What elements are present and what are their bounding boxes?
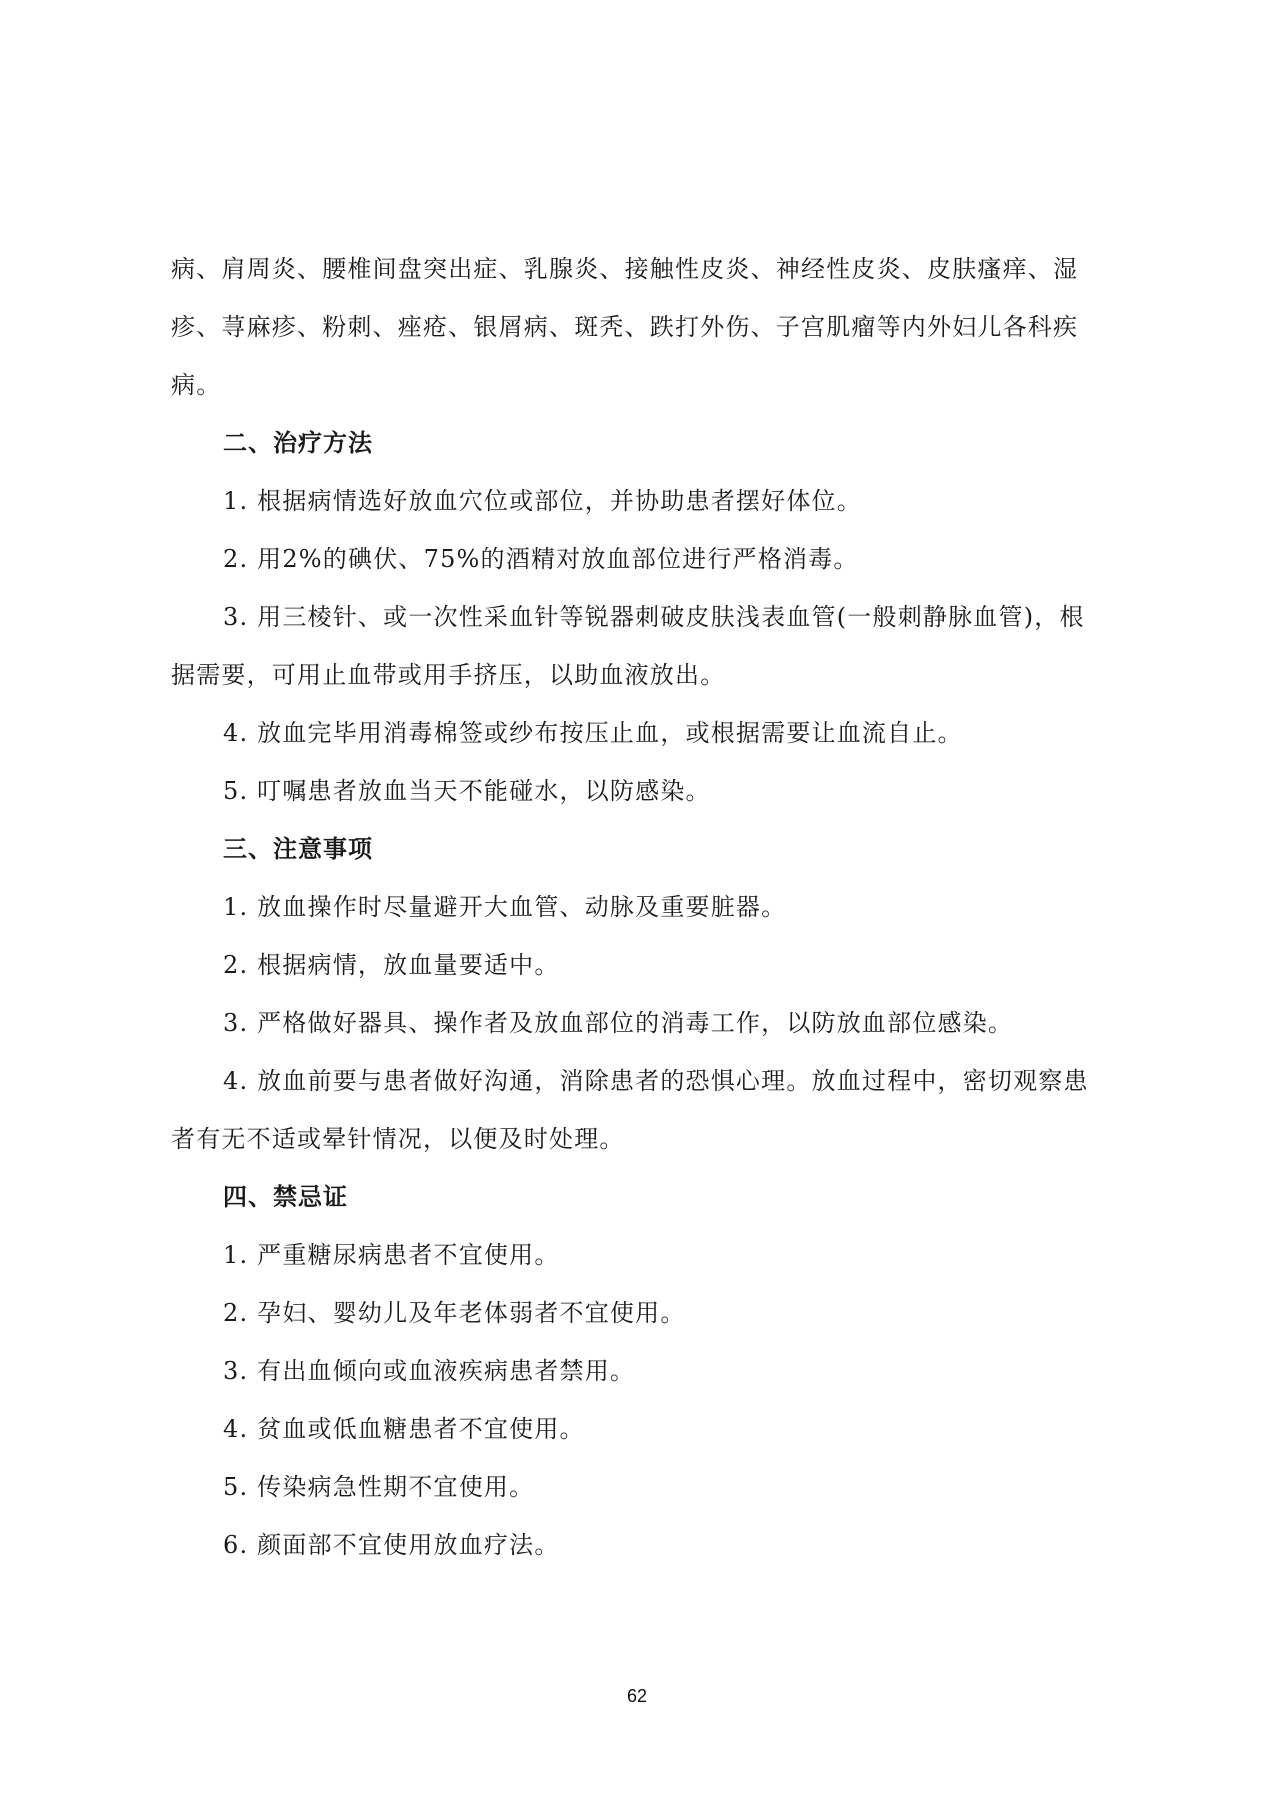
- paragraph-line: 病、肩周炎、腰椎间盘突出症、乳腺炎、接触性皮炎、神经性皮炎、皮肤瘙痒、湿: [171, 240, 1101, 298]
- section-heading: 二、治疗方法: [171, 414, 1101, 472]
- section-treatment-method: 二、治疗方法 1. 根据病情选好放血穴位或部位，并协助患者摆好体位。 2. 用2…: [171, 414, 1101, 820]
- list-item: 5. 叮嘱患者放血当天不能碰水，以防感染。: [171, 762, 1101, 820]
- page-number: 62: [0, 1686, 1274, 1707]
- list-item: 2. 用2%的碘伏、75%的酒精对放血部位进行严格消毒。: [171, 530, 1101, 588]
- document-page: 病、肩周炎、腰椎间盘突出症、乳腺炎、接触性皮炎、神经性皮炎、皮肤瘙痒、湿 疹、荨…: [0, 0, 1274, 1801]
- section-contraindications: 四、禁忌证 1. 严重糖尿病患者不宜使用。 2. 孕妇、婴幼儿及年老体弱者不宜使…: [171, 1168, 1101, 1574]
- list-item: 4. 贫血或低血糖患者不宜使用。: [171, 1400, 1101, 1458]
- intro-paragraph: 病、肩周炎、腰椎间盘突出症、乳腺炎、接触性皮炎、神经性皮炎、皮肤瘙痒、湿 疹、荨…: [171, 240, 1101, 414]
- list-item: 3. 有出血倾向或血液疾病患者禁用。: [171, 1342, 1101, 1400]
- list-item: 2. 根据病情，放血量要适中。: [171, 936, 1101, 994]
- list-item-line: 者有无不适或晕针情况，以便及时处理。: [171, 1110, 1101, 1168]
- list-item: 1. 严重糖尿病患者不宜使用。: [171, 1226, 1101, 1284]
- list-item: 2. 孕妇、婴幼儿及年老体弱者不宜使用。: [171, 1284, 1101, 1342]
- section-heading: 四、禁忌证: [171, 1168, 1101, 1226]
- list-item-multiline: 3. 用三棱针、或一次性采血针等锐器刺破皮肤浅表血管(一般刺静脉血管)，根 据需…: [171, 588, 1101, 704]
- paragraph-line: 疹、荨麻疹、粉刺、痤疮、银屑病、斑秃、跌打外伤、子宫肌瘤等内外妇儿各科疾: [171, 298, 1101, 356]
- list-item: 1. 放血操作时尽量避开大血管、动脉及重要脏器。: [171, 878, 1101, 936]
- list-item: 3. 严格做好器具、操作者及放血部位的消毒工作，以防放血部位感染。: [171, 994, 1101, 1052]
- list-item: 4. 放血完毕用消毒棉签或纱布按压止血，或根据需要让血流自止。: [171, 704, 1101, 762]
- list-item-multiline: 4. 放血前要与患者做好沟通，消除患者的恐惧心理。放血过程中，密切观察患 者有无…: [171, 1052, 1101, 1168]
- list-item: 1. 根据病情选好放血穴位或部位，并协助患者摆好体位。: [171, 472, 1101, 530]
- list-item-line: 4. 放血前要与患者做好沟通，消除患者的恐惧心理。放血过程中，密切观察患: [171, 1052, 1101, 1110]
- paragraph-line: 病。: [171, 356, 1101, 414]
- section-precautions: 三、注意事项 1. 放血操作时尽量避开大血管、动脉及重要脏器。 2. 根据病情，…: [171, 820, 1101, 1168]
- section-heading: 三、注意事项: [171, 820, 1101, 878]
- page-body: 病、肩周炎、腰椎间盘突出症、乳腺炎、接触性皮炎、神经性皮炎、皮肤瘙痒、湿 疹、荨…: [171, 240, 1101, 1574]
- list-item-line: 据需要，可用止血带或用手挤压，以助血液放出。: [171, 646, 1101, 704]
- list-item: 6. 颜面部不宜使用放血疗法。: [171, 1516, 1101, 1574]
- list-item: 5. 传染病急性期不宜使用。: [171, 1458, 1101, 1516]
- list-item-line: 3. 用三棱针、或一次性采血针等锐器刺破皮肤浅表血管(一般刺静脉血管)，根: [171, 588, 1101, 646]
